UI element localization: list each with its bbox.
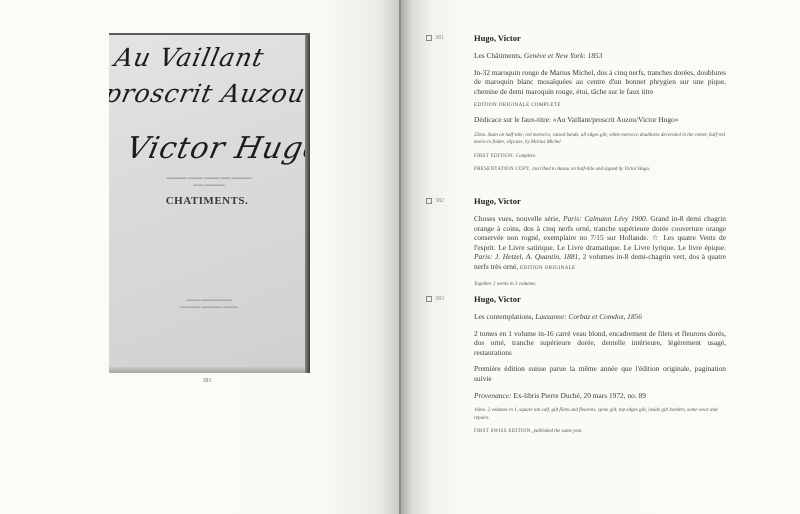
desc-text: Choses vues, nouvelle série, (474, 214, 563, 223)
lot-number: 381 (435, 35, 444, 41)
lot-body: Hugo, Victor Les Châtiments, Genève et N… (474, 33, 726, 180)
left-page: Au Vaillant proscrit Auzou. Victor Hugo … (0, 0, 400, 514)
edition-caps: FIRST EDITION. (474, 154, 515, 159)
title-imprint: Lausanne: Corbaz et Comdoz, 1856 (535, 312, 642, 321)
inscription-line-1: Au Vaillant (112, 43, 267, 72)
lot-title: Les contemplations, Lausanne: Corbaz et … (474, 312, 726, 322)
lot-marker[interactable]: 383 (426, 296, 444, 302)
lot-description: Choses vues, nouvelle série, Paris: Calm… (474, 214, 726, 274)
english-note: Together 2 works in 3 volumes. (474, 281, 726, 289)
printed-book-title: CHATIMENTS. (109, 195, 305, 207)
dedication: Dédicace sur le faux-titre: «Au Vaillant… (474, 115, 726, 125)
edition-caps: FIRST SWISS EDITION, (474, 429, 532, 434)
lot-marker[interactable]: 382 (426, 198, 444, 204)
edition-note: Première édition suisse parue la même an… (474, 364, 726, 383)
checkbox-icon[interactable] (426, 198, 432, 204)
inscription-signature: Victor Hugo (123, 131, 310, 166)
lot-description: In-32 maroquin rouge de Marius Michel, d… (474, 68, 726, 97)
desc-caps: EDITION ORIGINALE (520, 266, 576, 271)
book-photo: Au Vaillant proscrit Auzou. Victor Hugo … (109, 33, 310, 373)
lot-description: 2 tomes en 1 volume in-16 carré veau blo… (474, 329, 726, 358)
english-presentation: PRESENTATION COPY, inscribed to Auzou on… (474, 166, 726, 174)
desc-imprint: Paris: Calmann Lévy 1900 (563, 214, 646, 223)
provenance-text: Ex-libris Pierre Duché, 20 mars 1972, no… (511, 391, 645, 400)
title-text: Les contemplations, (474, 312, 535, 321)
english-edition: FIRST EDITION. Complete. (474, 153, 726, 161)
title-imprint: Genève et New York: 1853 (524, 51, 603, 60)
edition-rest: published the same year. (532, 429, 582, 434)
checkbox-icon[interactable] (426, 35, 432, 41)
provenance: Provenance: Ex-libris Pierre Duché, 20 m… (474, 391, 726, 401)
photo-caption: 381 (109, 378, 305, 384)
book-gutter (399, 0, 401, 514)
inscription-line-2: proscrit Auzou. (109, 79, 310, 108)
book-bottom-edge (109, 367, 310, 373)
lot-body: Hugo, Victor Les contemplations, Lausann… (474, 294, 726, 442)
provenance-label: Provenance: (474, 391, 511, 400)
title-text: Les Châtiments, (474, 51, 524, 60)
checkbox-icon[interactable] (426, 296, 432, 302)
faint-printed-text-bottom: ▬▬▬ ▬▬▬▬▬▬▬▬▬▬ ▬▬▬▬ ▬▬▬ (129, 297, 289, 311)
lot-author: Hugo, Victor (474, 196, 726, 206)
presentation-caps: PRESENTATION COPY, (474, 167, 531, 172)
edition-rest: Complete. (515, 154, 537, 159)
english-edition: FIRST SWISS EDITION, published the same … (474, 428, 726, 436)
desc-imprint: Paris: J. Hetzel, A. Quantin, 1881 (474, 252, 578, 261)
book-spread: Au Vaillant proscrit Auzou. Victor Hugo … (0, 0, 800, 514)
lot-marker[interactable]: 381 (426, 35, 444, 41)
lot-number: 383 (435, 296, 444, 302)
english-description: 32mo. Stain on half-title, red morocco, … (474, 132, 726, 147)
presentation-rest: inscribed to Auzou on half-title and sig… (531, 167, 650, 172)
lot-number: 382 (435, 198, 444, 204)
edition-note: EDITION ORIGINALE COMPLETE (474, 103, 726, 108)
english-description: 16mo. 2 volumes in 1, square tan calf, g… (474, 407, 726, 422)
lot-author: Hugo, Victor (474, 33, 726, 43)
lot-title: Les Châtiments, Genève et New York: 1853 (474, 51, 726, 61)
faint-printed-text-top: ▬▬▬▬ ▬▬▬ ▬▬▬ ▬▬ ▬▬▬▬▬▬ ▬▬▬▬ (129, 175, 289, 189)
lot-body: Hugo, Victor Choses vues, nouvelle série… (474, 196, 726, 294)
lot-author: Hugo, Victor (474, 294, 726, 304)
